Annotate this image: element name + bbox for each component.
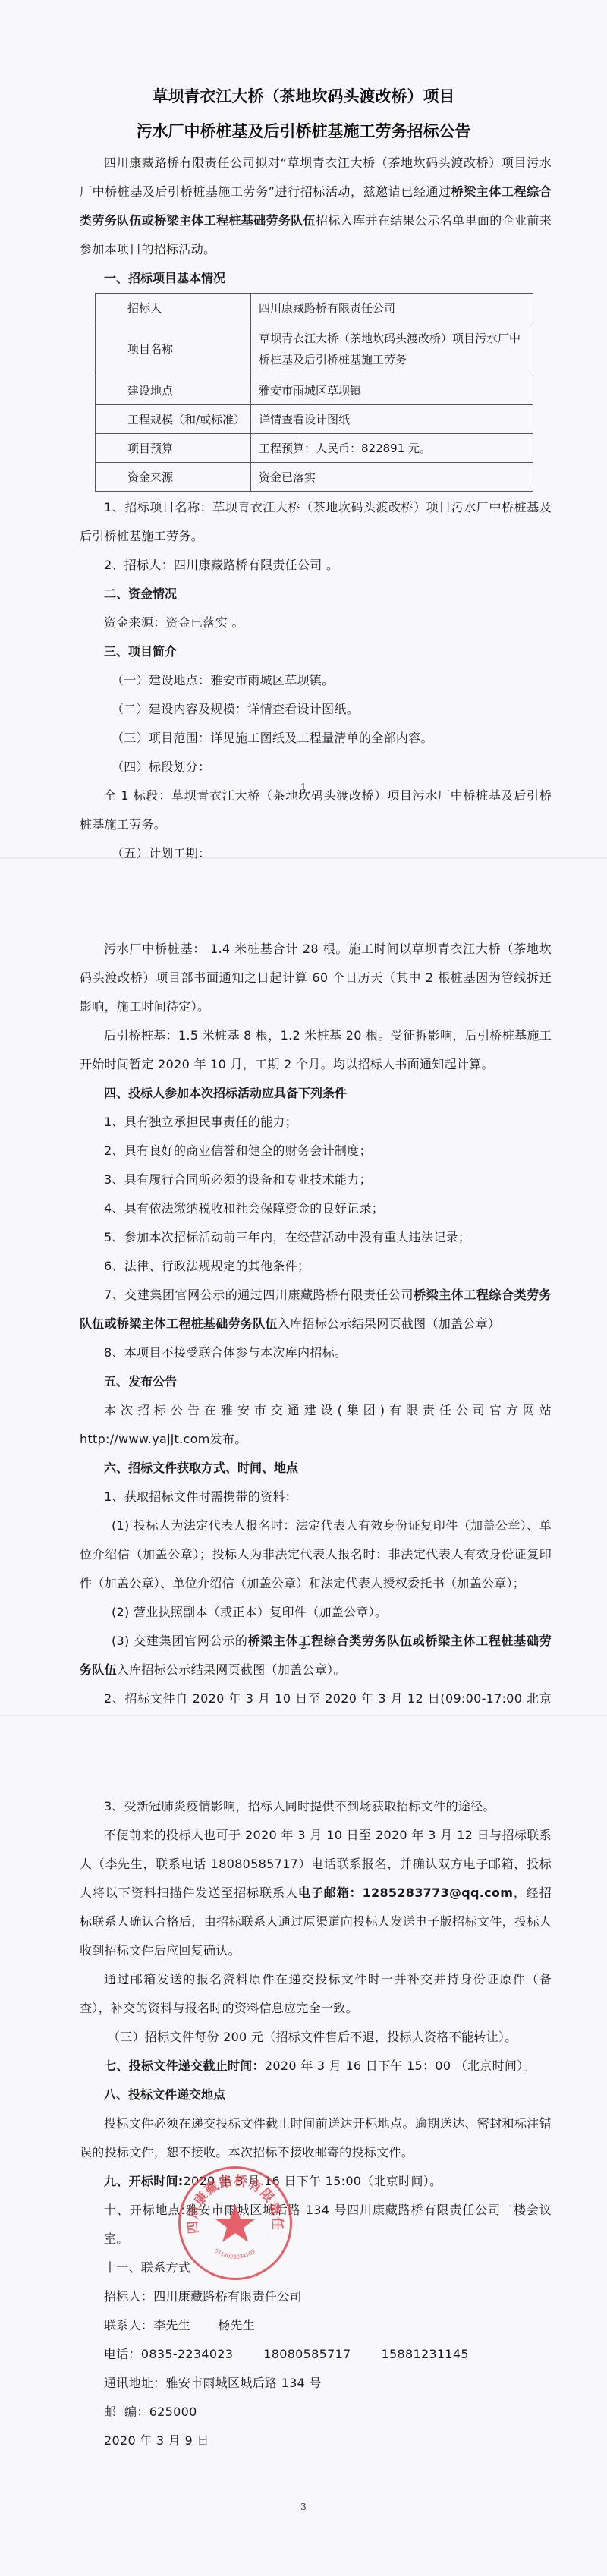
section9-heading: 九、开标时间:: [104, 2174, 184, 2188]
section3-heading: 三、项目简介: [80, 637, 552, 666]
table-key: 建设地点: [96, 376, 251, 405]
section11-heading: 十一、联系方式: [80, 2254, 552, 2282]
phone-2: 18080585717: [263, 2347, 351, 2361]
requirement-item: 1、具有独立承担民事责任的能力；: [80, 1108, 552, 1137]
section3-sub1: （一）建设地点：雅安市雨城区草坝镇。: [80, 666, 552, 695]
section8-heading: 八、投标文件递交地点: [80, 2081, 552, 2109]
schedule-bridge-piles: 污水厂中桥桩基： 1.4 米桩基合计 28 根。施工时间以草坝青衣江大桥（茶地坎…: [80, 935, 552, 1021]
section6-sub1: (1) 投标人为法定代表人报名时：法定代表人有效身份证复印件（加盖公章）、单位介…: [80, 1511, 552, 1598]
table-row: 项目预算工程预算：人民币：822891 元。: [96, 434, 533, 463]
phone-label: 电话：: [104, 2347, 141, 2361]
table-key: 招标人: [96, 294, 251, 322]
section5-heading: 五、发布公告: [80, 1367, 552, 1396]
table-value: 四川康藏路桥有限责任公司: [251, 294, 533, 322]
table-value: 草坝青衣江大桥（茶地坎码头渡改桥）项目污水厂中桥桩基及后引桥桩基施工劳务: [251, 322, 533, 376]
section3-sub3: （三）项目范围：详见施工图纸及工程量清单的全部内容。: [80, 724, 552, 753]
document: 草坝青衣江大桥（茶地坎码头渡改桥）项目 污水厂中桥桩基及后引桥桩基施工劳务招标公…: [0, 0, 607, 2576]
email-note: 通过邮箱发送的报名资料原件在递交投标文件时一并补交并持身份证原件（备查），补交的…: [80, 1965, 552, 2023]
section6-sub3: (3) 交建集团官网公示的桥梁主体工程综合类劳务队伍或桥梁主体工程桩基础劳务队伍…: [80, 1627, 552, 1684]
contact-phones: 电话：0835-22340231808058571715881231145: [80, 2340, 552, 2369]
tenderer-label: 招标人：: [104, 2289, 153, 2304]
deadline-text: 2020 年 3 月 16 日下午 15：00 （北京时间）。: [265, 2059, 536, 2073]
page1-content: 四川康藏路桥有限责任公司拟对“草坝青衣江大桥（茶地坎码头渡改桥）项目污水厂中桥桩…: [80, 149, 552, 868]
intro-paragraph: 四川康藏路桥有限责任公司拟对“草坝青衣江大桥（茶地坎码头渡改桥）项目污水厂中桥桩…: [80, 149, 552, 264]
page-1: 草坝青衣江大桥（茶地坎码头渡改桥）项目 污水厂中桥桩基及后引桥桩基施工劳务招标公…: [0, 0, 607, 857]
phone-3: 15881231145: [382, 2347, 469, 2361]
requirement-text-end: 入库招标公示结果网页截图（加盖公章）: [278, 1316, 500, 1331]
section10: 十、开标地点:雅安市雨城区城后路 134 号四川康藏路桥有限责任公司二楼会议室。: [80, 2196, 552, 2254]
postcode-value: 625000: [149, 2405, 197, 2419]
requirement-item: 6、法律、行政法规规定的其他条件；: [80, 1252, 552, 1281]
requirement-item-7: 7、交建集团官网公示的通过四川康藏路桥有限责任公司桥梁主体工程综合类劳务队伍或桥…: [80, 1281, 552, 1338]
section1-heading: 一、招标项目基本情况: [80, 264, 552, 293]
requirement-item: 2、具有良好的商业信誉和健全的财务会计制度；: [80, 1137, 552, 1165]
page-number: 3: [0, 2502, 607, 2512]
opening-time-text: 2020 年 3 月 16 日下午 15:00（北京时间）。: [184, 2174, 442, 2188]
table-row: 项目名称草坝青衣江大桥（茶地坎码头渡改桥）项目污水厂中桥桩基及后引桥桩基施工劳务: [96, 322, 533, 376]
section3-sub2: （二）建设内容及规模：详情查看设计图纸。: [80, 695, 552, 724]
remote-registration-paragraph: 不便前来的投标人也可于 2020 年 3 月 10 日至 2020 年 3 月 …: [80, 1821, 552, 1965]
section6-sub2: (2) 营业执照副本（或正本）复印件（加盖公章）。: [80, 1598, 552, 1627]
contact-persons: 联系人：李先生杨先生: [80, 2311, 552, 2340]
contact-address: 通讯地址：雅安市雨城区城后路 134 号: [80, 2369, 552, 2398]
section1-item1: 1、招标项目名称：草坝青衣江大桥（茶地坎码头渡改桥）项目污水厂中桥桩基及后引桥桩…: [80, 493, 552, 551]
contact-postcode: 邮 编：625000: [80, 2398, 552, 2427]
table-row: 招标人四川康藏路桥有限责任公司: [96, 294, 533, 322]
address-value: 雅安市雨城区城后路 134 号: [166, 2376, 322, 2390]
page2-content: 污水厂中桥桩基： 1.4 米桩基合计 28 根。施工时间以草坝青衣江大桥（茶地坎…: [80, 935, 552, 1742]
project-info-table: 招标人四川康藏路桥有限责任公司 项目名称草坝青衣江大桥（茶地坎码头渡改桥）项目污…: [95, 293, 533, 492]
section7-heading: 七、投标文件递交截止时间：: [104, 2059, 265, 2073]
requirement-item-8: 8、本项目不接受联合体参与本次库内招标。: [80, 1338, 552, 1367]
section1-item2: 2、招标人：四川康藏路桥有限责任公司 。: [80, 551, 552, 580]
requirement-item: 4、具有依法缴纳税收和社会保障资金的良好记录；: [80, 1194, 552, 1223]
contact-person-2: 杨先生: [218, 2318, 255, 2332]
table-row: 资金来源资金已落实: [96, 463, 533, 492]
contact-email[interactable]: 电子邮箱：1285283773@qq.com: [298, 1886, 513, 1900]
table-value: 详情查看设计图纸: [251, 405, 533, 434]
section2-text: 资金来源：资金已落实 。: [80, 609, 552, 637]
document-title-line2: 污水厂中桥桩基及后引桥桩基施工劳务招标公告: [0, 119, 607, 143]
page-number: 2: [0, 1640, 607, 1651]
page3-content: 3、受新冠肺炎疫情影响，招标人同时提供不到场获取招标文件的途径。 不便前来的投标…: [80, 1792, 552, 2455]
postcode-label: 邮 编：: [104, 2405, 149, 2419]
section5-text: 本次招标公告在雅安市交通建设(集团)有限责任公司官方网站 http://www.…: [80, 1396, 552, 1454]
table-value: 资金已落实: [251, 463, 533, 492]
section3-sub4: （四）标段划分：: [80, 753, 552, 782]
section7: 七、投标文件递交截止时间：2020 年 3 月 16 日下午 15：00 （北京…: [80, 2052, 552, 2081]
website-link[interactable]: http://www.yajjt.com: [80, 1432, 210, 1446]
material-text-end: 入库招标公示结果网页截图（加盖公章）。: [117, 1662, 346, 1677]
phone-1: 0835-2234023: [141, 2347, 233, 2361]
document-fee: （三）招标文件每份 200 元（招标文件售后不退，投标人资格不能转让）。: [80, 2023, 552, 2052]
table-key: 资金来源: [96, 463, 251, 492]
table-row: 工程规模（和/或标准）详情查看设计图纸: [96, 405, 533, 434]
section4-heading: 四、投标人参加本次招标活动应具备下列条件: [80, 1079, 552, 1108]
contact-person-1: 李先生: [153, 2318, 190, 2332]
table-value: 雅安市雨城区草坝镇: [251, 376, 533, 405]
section8-text: 投标文件必须在递交投标文件截止时间前送达开标地点。逾期送达、密封和标注错误的投标…: [80, 2109, 552, 2167]
requirement-text: 7、交建集团官网公示的通过四川康藏路桥有限责任公司: [104, 1288, 414, 1302]
publish-text: 本次招标公告在雅安市交通建设(集团)有限责任公司官方网站: [104, 1403, 552, 1417]
table-key: 项目预算: [96, 434, 251, 463]
document-title-line1: 草坝青衣江大桥（茶地坎码头渡改桥）项目: [0, 84, 607, 109]
table-row: 建设地点雅安市雨城区草坝镇: [96, 376, 533, 405]
section9: 九、开标时间:2020 年 3 月 16 日下午 15:00（北京时间）。: [80, 2167, 552, 2196]
section6-item3: 3、受新冠肺炎疫情影响，招标人同时提供不到场获取招标文件的途径。: [80, 1792, 552, 1821]
section6-item1: 1、获取招标文件时需携带的资料：: [80, 1483, 552, 1511]
table-key: 工程规模（和/或标准）: [96, 405, 251, 434]
publish-text-end: 发布。: [210, 1432, 247, 1446]
requirement-item: 3、具有履行合同所必须的设备和专业技术能力；: [80, 1165, 552, 1194]
section2-heading: 二、资金情况: [80, 580, 552, 609]
notice-date: 2020 年 3 月 9 日: [80, 2427, 552, 2455]
table-value: 工程预算：人民币：822891 元。: [251, 434, 533, 463]
requirement-item: 5、参加本次招标活动前三年内，在经营活动中没有重大违法记录；: [80, 1223, 552, 1252]
table-key: 项目名称: [96, 322, 251, 376]
schedule-approach-piles: 后引桥桩基：1.5 米桩基 8 根，1.2 米桩基 20 根。受征拆影响，后引桥…: [80, 1021, 552, 1079]
page-number: 1: [0, 782, 607, 792]
tenderer-value: 四川康藏路桥有限责任公司: [153, 2289, 302, 2304]
page-2: 污水厂中桥桩基： 1.4 米桩基合计 28 根。施工时间以草坝青衣江大桥（茶地坎…: [0, 859, 607, 1715]
address-label: 通讯地址：: [104, 2376, 166, 2390]
page-3: 3、受新冠肺炎疫情影响，招标人同时提供不到场获取招标文件的途径。 不便前来的投标…: [0, 1716, 607, 2576]
contact-tenderer: 招标人：四川康藏路桥有限责任公司: [80, 2282, 552, 2311]
contact-label: 联系人：: [104, 2318, 153, 2332]
section6-heading: 六、招标文件获取方式、时间、地点: [80, 1454, 552, 1483]
